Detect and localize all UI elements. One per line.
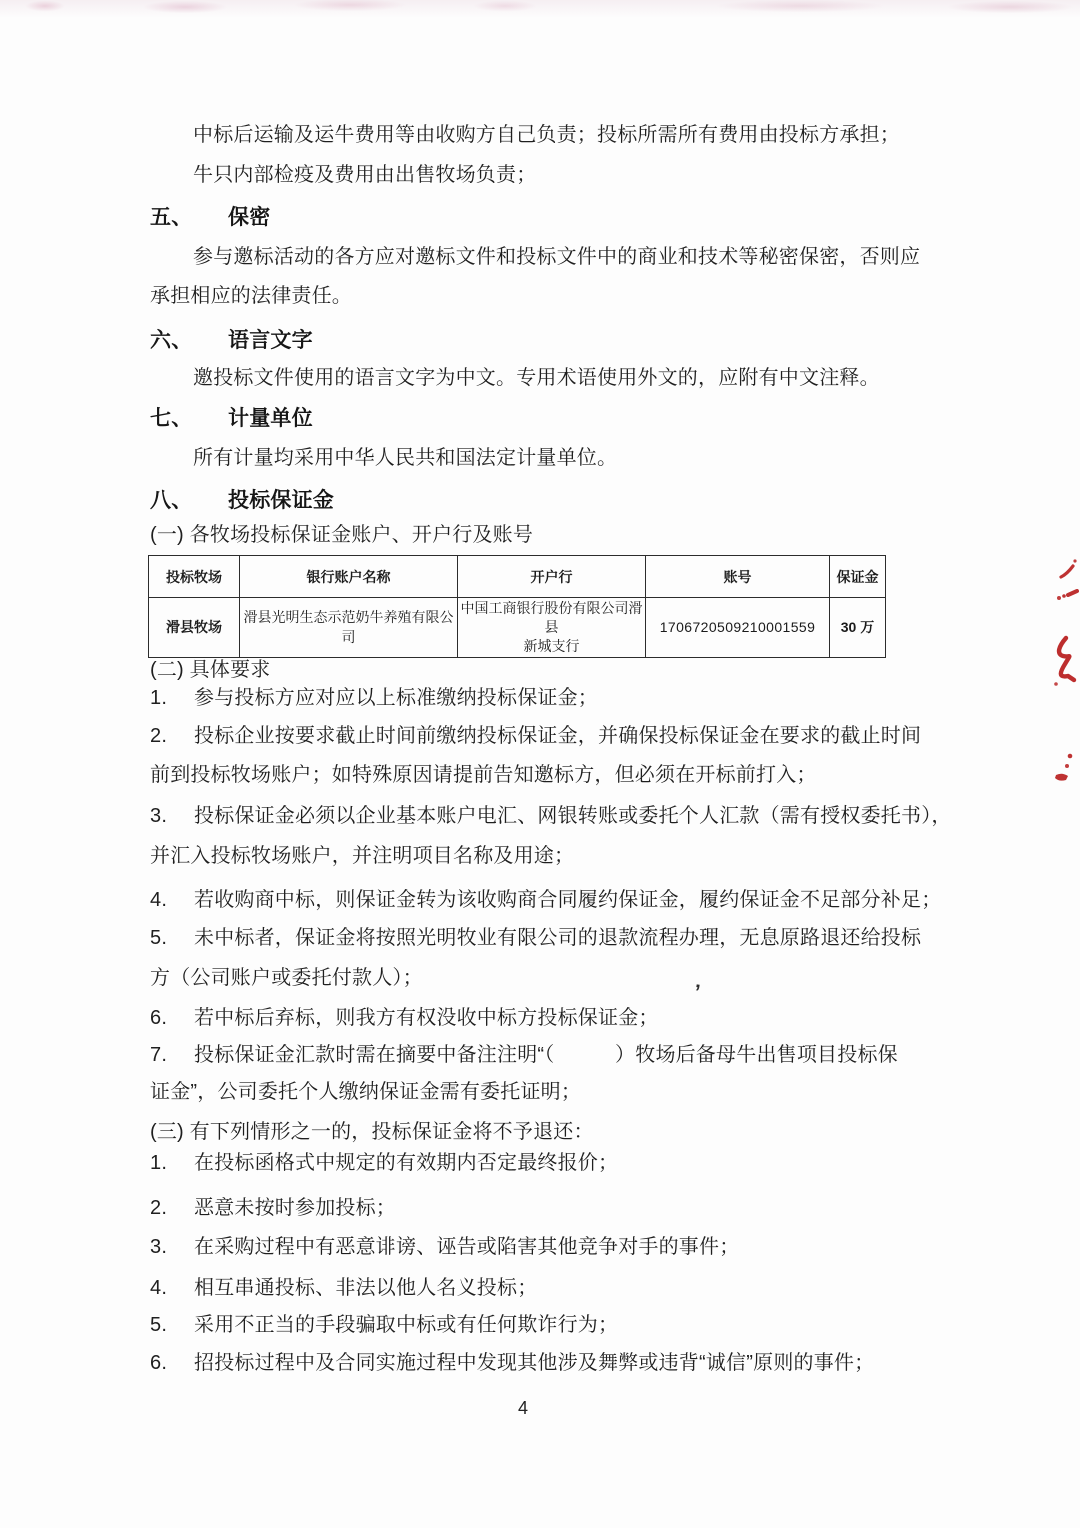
req-2-number: 2. [150, 724, 194, 748]
page-number: 4 [150, 1398, 896, 1419]
forfeit-2-text: 恶意未按时参加投标； [194, 1197, 396, 1219]
req-item-7-line-1: 7.投标保证金汇款时需在摘要中备注注明“（ ）牧场后备母牛出售项目投标保 [150, 1043, 898, 1067]
cell-account-name: 滑县光明生态示范奶牛养殖有限公司 [240, 598, 458, 658]
cell-account-no: 1706720509210001559 [646, 598, 830, 658]
heading-7-number: 七、 [150, 406, 228, 432]
stray-ink-mark: ’ [692, 981, 701, 1006]
forfeit-1-number: 1. [150, 1151, 194, 1175]
forfeit-4-text: 相互串通投标、非法以他人名义投标； [194, 1277, 537, 1299]
col-header-bank: 开户行 [458, 556, 646, 598]
cell-bank: 中国工商银行股份有限公司滑县 新城支行 [458, 598, 646, 658]
forfeit-item-2: 2.恶意未按时参加投标； [150, 1196, 396, 1220]
req-5-text-1: 未中标者，保证金将按照光明牧业有限公司的退款流程办理，无息原路退还给投标 [194, 927, 921, 949]
forfeit-item-1: 1.在投标函格式中规定的有效期内否定最终报价； [150, 1151, 618, 1175]
req-item-5-line-1: 5.未中标者，保证金将按照光明牧业有限公司的退款流程办理，无息原路退还给投标 [150, 926, 921, 950]
subheading-specific-requirements: (二) 具体要求 [150, 658, 270, 682]
req-2-text-1: 投标企业按要求截止时间前缴纳投标保证金，并确保投标保证金在要求的截止时间 [194, 725, 921, 747]
table-header-row: 投标牧场 银行账户名称 开户行 账号 保证金 [149, 556, 886, 598]
forfeit-3-text: 在采购过程中有恶意诽谤、诬告或陷害其他竞争对手的事件； [194, 1236, 739, 1258]
req-3-number: 3. [150, 804, 194, 828]
req-3-text-1: 投标保证金必须以企业基本账户电汇、网银转账或委托个人汇款（需有授权委托书）， [194, 805, 952, 827]
para-transport-costs: 中标后运输及运牛费用等由收购方自己负责；投标所需所有费用由投标方承担； [150, 123, 900, 147]
req-1-number: 1. [150, 686, 194, 710]
col-header-deposit: 保证金 [830, 556, 886, 598]
heading-7-title: 计量单位 [228, 407, 313, 430]
red-ink-margin-mark-1 [1050, 553, 1080, 625]
req-1-text: 参与投标方应对应以上标准缴纳投标保证金； [194, 687, 598, 709]
scanner-smudge-top [0, 0, 1080, 18]
deposit-account-table: 投标牧场 银行账户名称 开户行 账号 保证金 滑县牧场 滑县光明生态示范奶牛养殖… [148, 555, 886, 658]
table-row: 滑县牧场 滑县光明生态示范奶牛养殖有限公司 中国工商银行股份有限公司滑县 新城支… [149, 598, 886, 658]
cell-deposit: 30 万 [830, 598, 886, 658]
forfeit-item-3: 3.在采购过程中有恶意诽谤、诬告或陷害其他竞争对手的事件； [150, 1235, 739, 1259]
forfeit-1-text: 在投标函格式中规定的有效期内否定最终报价； [194, 1152, 618, 1174]
para-language: 邀投标文件使用的语言文字为中文。专用术语使用外文的，应附有中文注释。 [150, 366, 880, 390]
req-7-number: 7. [150, 1043, 194, 1067]
heading-6-title: 语言文字 [228, 329, 313, 352]
forfeit-2-number: 2. [150, 1196, 194, 1220]
para-units: 所有计量均采用中华人民共和国法定计量单位。 [150, 446, 617, 470]
req-item-3-line-1: 3.投标保证金必须以企业基本账户电汇、网银转账或委托个人汇款（需有授权委托书）， [150, 804, 952, 828]
req-6-number: 6. [150, 1006, 194, 1030]
heading-5-number: 五、 [150, 205, 228, 231]
col-header-account-name: 银行账户名称 [240, 556, 458, 598]
req-4-number: 4. [150, 888, 194, 912]
req-6-text: 若中标后弃标，则我方有权没收中标方投标保证金； [194, 1007, 659, 1029]
red-ink-margin-mark-3 [1048, 745, 1080, 785]
heading-section-5: 五、保密 [150, 205, 270, 231]
forfeit-6-number: 6. [150, 1351, 194, 1375]
para-secrecy-line-1: 参与邀标活动的各方应对邀标文件和投标文件中的商业和技术等秘密保密，否则应 [150, 245, 920, 269]
heading-8-number: 八、 [150, 488, 228, 514]
req-item-3-line-2: 并汇入投标牧场账户，并注明项目名称及用途； [150, 844, 574, 868]
heading-section-7: 七、计量单位 [150, 406, 313, 432]
para-secrecy-line-2: 承担相应的法律责任。 [150, 284, 352, 308]
subheading-deposit-accounts: (一) 各牧场投标保证金账户、开户行及账号 [150, 523, 533, 547]
req-item-2-line-2: 前到投标牧场账户；如特殊原因请提前告知邀标方，但必须在开标前打入； [150, 763, 817, 787]
req-5-number: 5. [150, 926, 194, 950]
heading-6-number: 六、 [150, 328, 228, 354]
req-item-7-line-2: 证金”，公司委托个人缴纳保证金需有委托证明； [150, 1080, 581, 1104]
red-ink-margin-mark-2 [1048, 632, 1080, 696]
forfeit-item-4: 4.相互串通投标、非法以他人名义投标； [150, 1276, 537, 1300]
req-7-text-1: 投标保证金汇款时需在摘要中备注注明“（ ）牧场后备母牛出售项目投标保 [194, 1044, 898, 1066]
forfeit-item-6: 6.招投标过程中及合同实施过程中发现其他涉及舞弊或违背“诚信”原则的事件； [150, 1351, 874, 1375]
req-item-4: 4.若收购商中标，则保证金转为该收购商合同履约保证金，履约保证金不足部分补足； [150, 888, 941, 912]
forfeit-item-5: 5.采用不正当的手段骗取中标或有任何欺诈行为； [150, 1313, 618, 1337]
cell-farm: 滑县牧场 [149, 598, 240, 658]
forfeit-6-text: 招投标过程中及合同实施过程中发现其他涉及舞弊或违背“诚信”原则的事件； [194, 1352, 874, 1374]
req-item-5-line-2: 方（公司账户或委托付款人）； [150, 966, 423, 990]
heading-8-title: 投标保证金 [228, 489, 334, 512]
document-page: 中标后运输及运牛费用等由收购方自己负责；投标所需所有费用由投标方承担； 牛只内部… [0, 0, 1080, 1528]
para-quarantine-costs: 牛只内部检疫及费用由出售牧场负责； [150, 163, 536, 187]
col-header-account-no: 账号 [646, 556, 830, 598]
req-item-1: 1.参与投标方应对应以上标准缴纳投标保证金； [150, 686, 598, 710]
col-header-farm: 投标牧场 [149, 556, 240, 598]
forfeit-3-number: 3. [150, 1235, 194, 1259]
req-item-2-line-1: 2.投标企业按要求截止时间前缴纳投标保证金，并确保投标保证金在要求的截止时间 [150, 724, 921, 748]
forfeit-4-number: 4. [150, 1276, 194, 1300]
forfeit-5-number: 5. [150, 1313, 194, 1337]
subheading-forfeit-conditions: (三) 有下列情形之一的，投标保证金将不予退还： [150, 1120, 594, 1144]
heading-5-title: 保密 [228, 206, 270, 229]
forfeit-5-text: 采用不正当的手段骗取中标或有任何欺诈行为； [194, 1314, 618, 1336]
heading-section-6: 六、语言文字 [150, 328, 313, 354]
heading-section-8: 八、投标保证金 [150, 488, 334, 514]
req-4-text: 若收购商中标，则保证金转为该收购商合同履约保证金，履约保证金不足部分补足； [194, 889, 941, 911]
req-item-6: 6.若中标后弃标，则我方有权没收中标方投标保证金； [150, 1006, 659, 1030]
